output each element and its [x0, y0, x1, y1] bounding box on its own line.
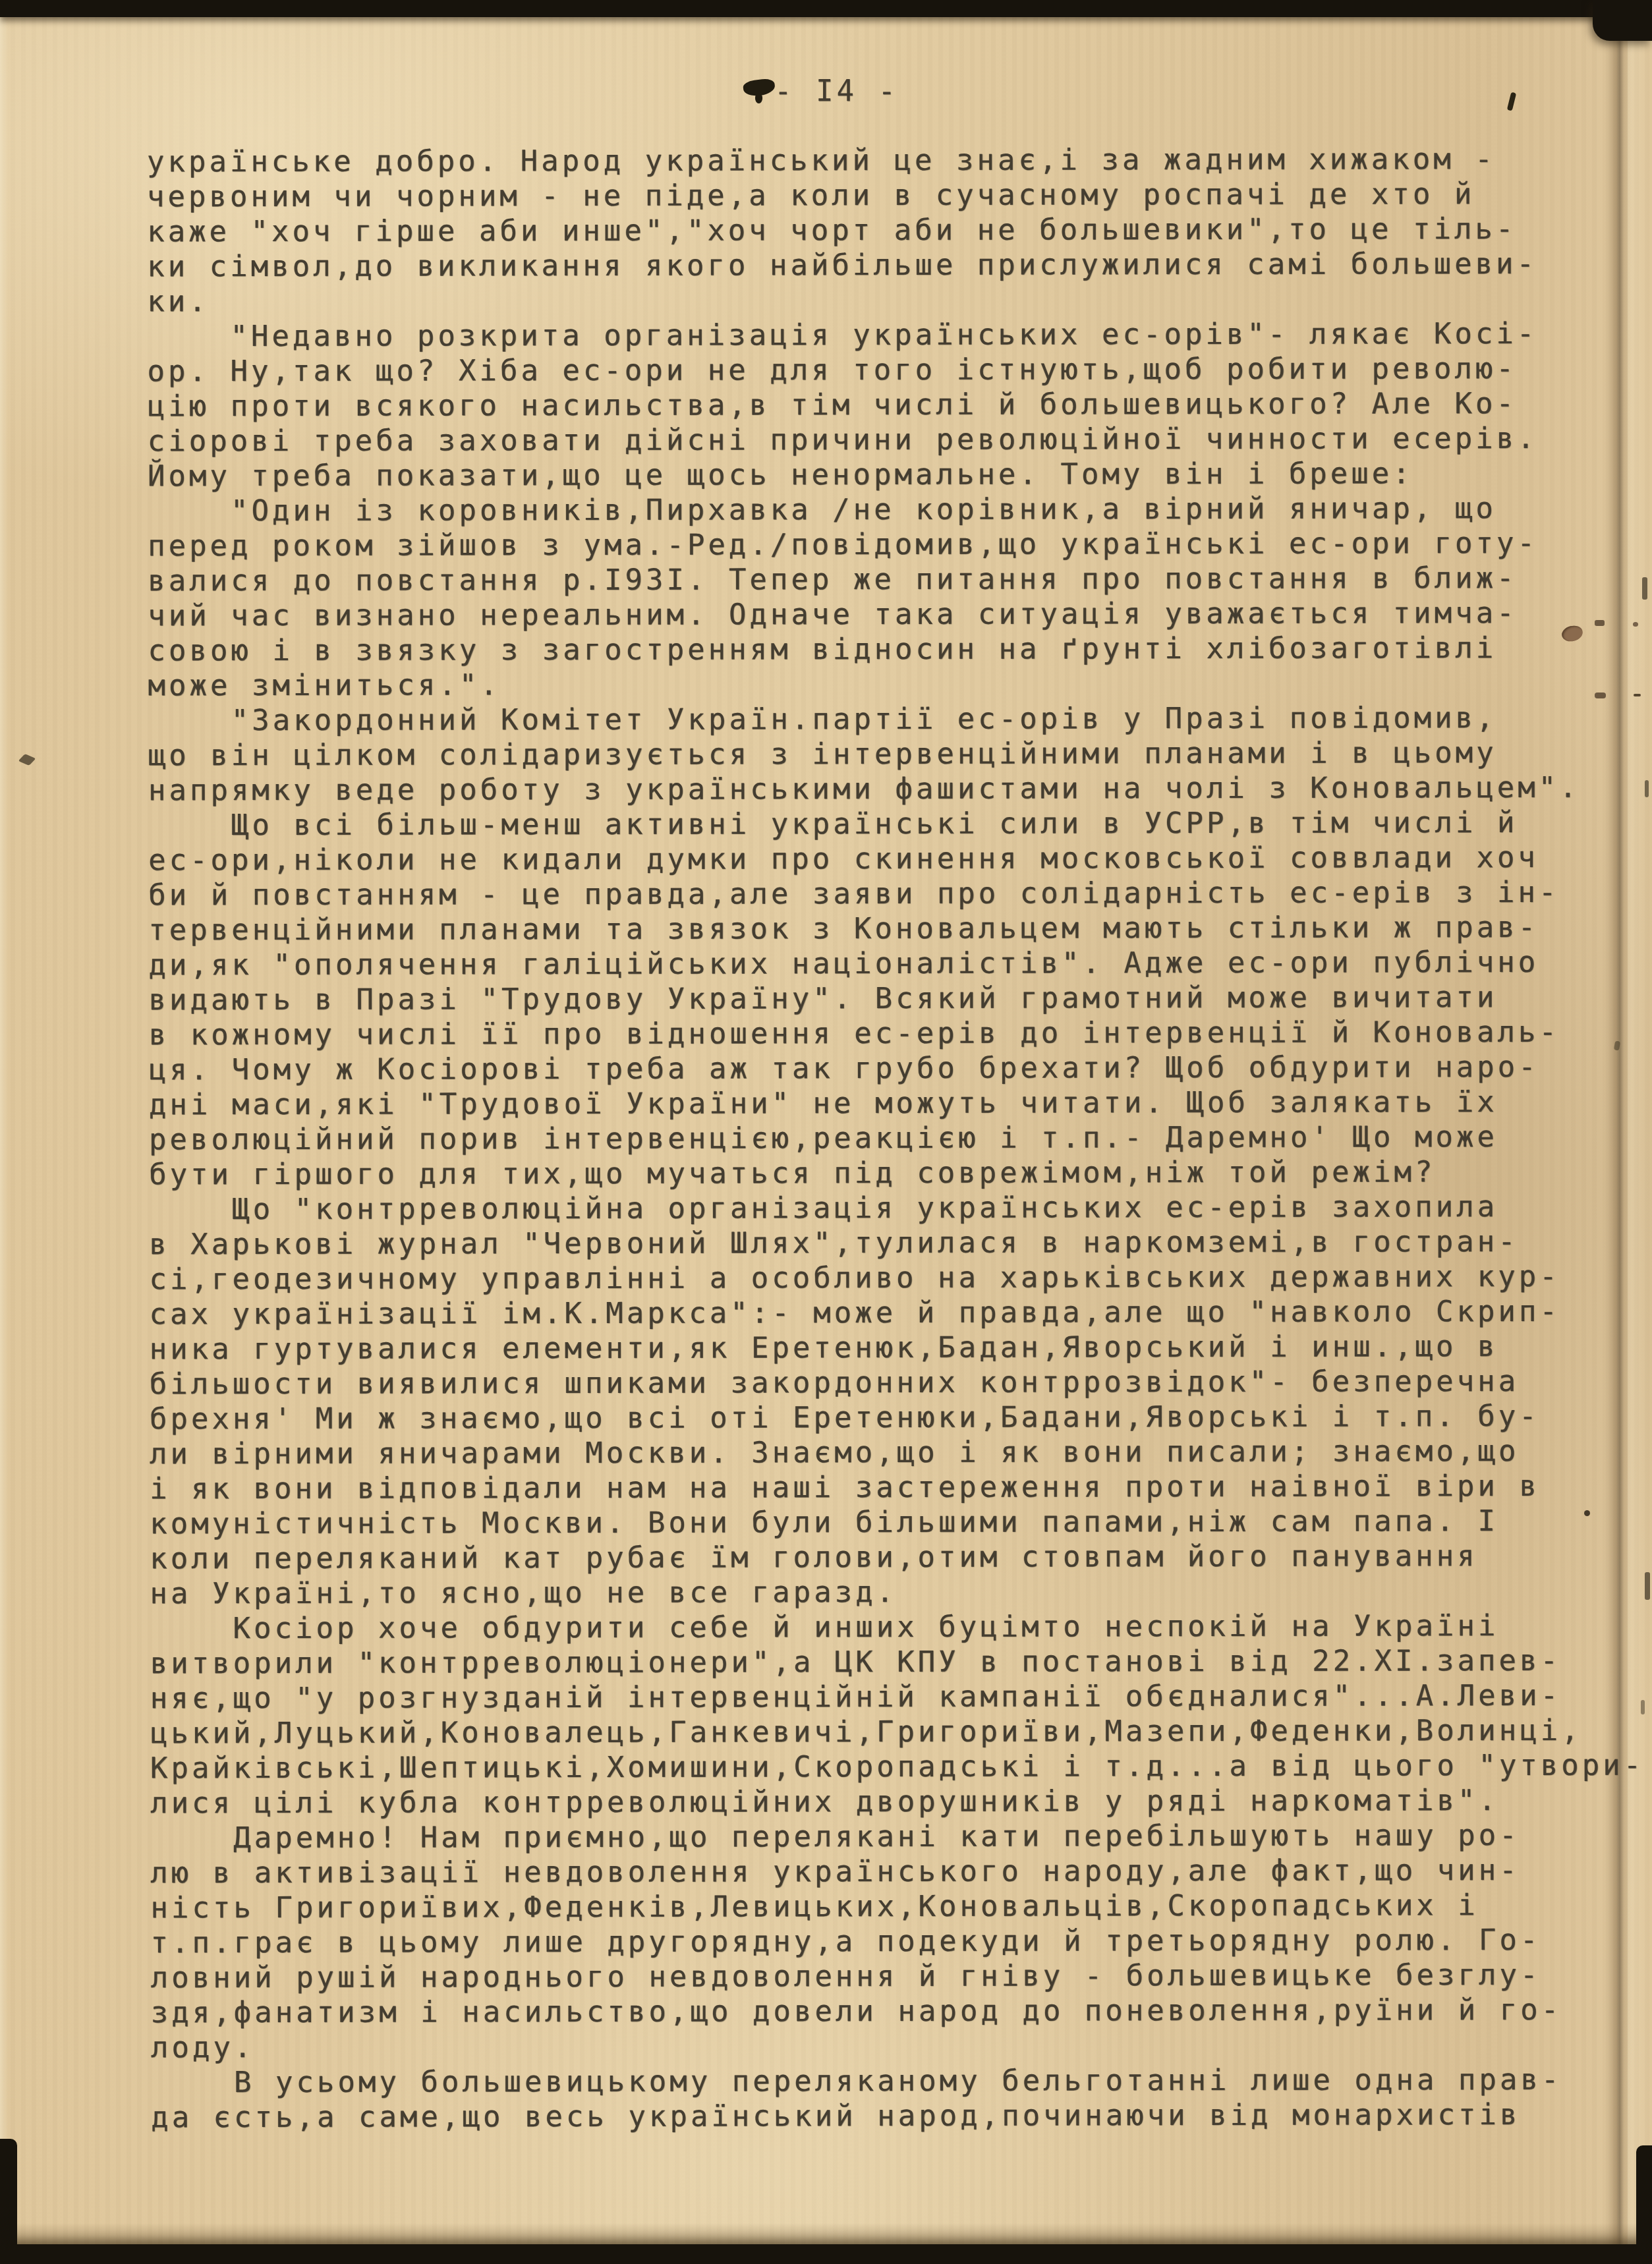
text-line: да єсть,а саме,що весь український народ… [151, 2097, 1627, 2136]
text-line: комуністичність Москви. Вони були більши… [150, 1504, 1626, 1542]
text-line: сі,геодезичному управлінні а особливо на… [149, 1259, 1625, 1297]
text-line: валися до повстання р.І93І. Тепер же пит… [148, 561, 1624, 599]
text-line: совою і в звязку з загостренням відносин… [148, 631, 1624, 669]
edge-mark [1641, 1700, 1645, 1714]
text-line: в кожному числі її про відношення ес-ері… [149, 1015, 1625, 1053]
text-line: що він цілком солідаризується з інтервен… [148, 735, 1624, 774]
edge-mark [1645, 1572, 1650, 1600]
text-line: лоду. [151, 2027, 1627, 2066]
text-line: цію проти всякого насильства,в тім числі… [148, 386, 1624, 424]
text-line: ес-ори,ніколи не кидали думки про скинен… [148, 840, 1624, 878]
text-line: би й повстанням - це правда,але заяви пр… [148, 875, 1624, 913]
text-line: ди,як "ополячення галіційських націоналі… [148, 945, 1624, 983]
text-line: цький,Луцький,Коновалець,Ганкевичі,Григо… [150, 1713, 1626, 1751]
ink-speck [1595, 693, 1606, 698]
edge-mark [1645, 780, 1649, 797]
text-line: бути гіршого для тих,що мучаться під сов… [149, 1154, 1625, 1193]
text-line: ність Григориївих,Феденків,Левицьких,Кон… [150, 1888, 1626, 1926]
text-line: тервенційними планами та звязок з Конова… [148, 910, 1624, 948]
text-line: дні маси,які "Трудової України" не можут… [149, 1085, 1625, 1123]
text-line: "Недавно розкрита організація українськи… [147, 316, 1623, 354]
scan-edge-top-right [1593, 0, 1652, 41]
typewritten-text-block: українське добро. Народ український це з… [147, 142, 1627, 2136]
ink-speck [1633, 622, 1638, 627]
text-line: видають в Празі "Трудову Україну". Всяки… [149, 980, 1625, 1018]
text-line: Що всі більш-менш активні українські сил… [148, 805, 1624, 843]
text-line: лися цілі кубла контрреволюційних дворуш… [150, 1783, 1626, 1821]
text-line: Даремно! Нам приємно,що перелякані кати … [150, 1818, 1626, 1856]
page-number: - І4 - [774, 74, 899, 109]
text-line: ки сімвол,до викликання якого найбільше … [147, 246, 1623, 285]
text-line: т.п.грає в цьому лише другорядну,а подек… [151, 1923, 1627, 1961]
text-line: чий час визнано нереальним. Одначе така … [148, 596, 1624, 634]
text-line: Йому треба показати,що це щось ненормаль… [148, 456, 1624, 494]
text-line: і як вони відповідали нам на наші застер… [150, 1469, 1626, 1507]
text-line: більшости виявилися шпиками закордонних … [150, 1364, 1626, 1402]
text-line: ор. Ну,так що? Хіба ес-ори не для того і… [148, 351, 1624, 389]
scan-edge-top [0, 0, 1652, 17]
ink-speck [1595, 620, 1605, 626]
scan-edge-right-bottom [1636, 2145, 1652, 2264]
text-line: Крайківські,Шептицькі,Хомишини,Скоропадс… [150, 1748, 1626, 1786]
text-line: брехня' Ми ж знаємо,що всі оті Еретенюки… [150, 1399, 1626, 1437]
text-line: Косіор хоче обдурити себе й инших буцімт… [150, 1608, 1626, 1647]
text-line: може зміниться.". [148, 665, 1624, 704]
ink-speck [1584, 1510, 1590, 1516]
text-line: "Закордонний Комітет Україн.партії ес-ор… [148, 700, 1624, 739]
text-line: перед роком зійшов з ума.-Ред./повідомив… [148, 526, 1624, 564]
text-line: сіорові треба заховати дійсні причини ре… [148, 421, 1624, 459]
scan-edge-left-bottom [0, 2139, 17, 2264]
bottom-shadow [0, 2223, 1652, 2246]
text-line: здя,фанатизм і насильство,що довели наро… [151, 1993, 1627, 2031]
text-line: революційний порив інтервенцією,реакцією… [149, 1119, 1625, 1158]
margin-mark [18, 754, 36, 766]
text-line: "Один із коровників,Пирхавка /не корівни… [148, 491, 1624, 529]
ink-blot-drip [755, 94, 762, 103]
text-line: ця. Чому ж Косіорові треба аж так грубо … [149, 1050, 1625, 1088]
text-line: українське добро. Народ український це з… [147, 142, 1623, 180]
text-line: Що "контрреволюційна організація українс… [149, 1189, 1625, 1228]
ink-speck [1507, 92, 1517, 111]
text-line: сах українізації ім.К.Маркса":- може й п… [150, 1294, 1626, 1332]
text-line: коли переляканий кат рубає їм голови,оти… [150, 1539, 1626, 1577]
scan-edge-bottom [0, 2244, 1652, 2264]
scanned-document-page: - І4 - українське добро. Народ українськ… [0, 0, 1652, 2264]
text-line: ки. [147, 281, 1623, 320]
text-line: лю в активізації невдоволення українсько… [150, 1853, 1626, 1891]
left-edge-highlight [0, 0, 8, 2264]
right-fold-highlight [1628, 0, 1650, 2264]
text-line: ловний рушій народнього невдоволення й г… [151, 1958, 1627, 1996]
ink-speck [1634, 694, 1641, 696]
text-line: на Україні,то ясно,що не все гаразд. [150, 1573, 1626, 1612]
text-line: В усьому большевицькому переляканому бел… [151, 2062, 1627, 2101]
text-line: каже "хоч гірше аби инше","хоч чорт аби … [147, 212, 1623, 250]
text-line: в Харькові журнал "Червоний Шлях",тулила… [149, 1224, 1625, 1262]
text-line: ника гуртувалися елементи,як Еретенюк,Ба… [150, 1329, 1626, 1367]
text-line: ли вірними яничарами Москви. Знаємо,що і… [150, 1434, 1626, 1472]
text-line: червоним чи чорним - не піде,а коли в су… [147, 177, 1623, 215]
text-line: няє,що "у розгнузданій інтервенційній ка… [150, 1678, 1626, 1716]
text-line: напрямку веде роботу з українськими фаши… [148, 770, 1624, 808]
edge-mark [1642, 577, 1647, 600]
text-line: витворили "контрреволюціонери",а ЦК КПУ … [150, 1643, 1626, 1682]
